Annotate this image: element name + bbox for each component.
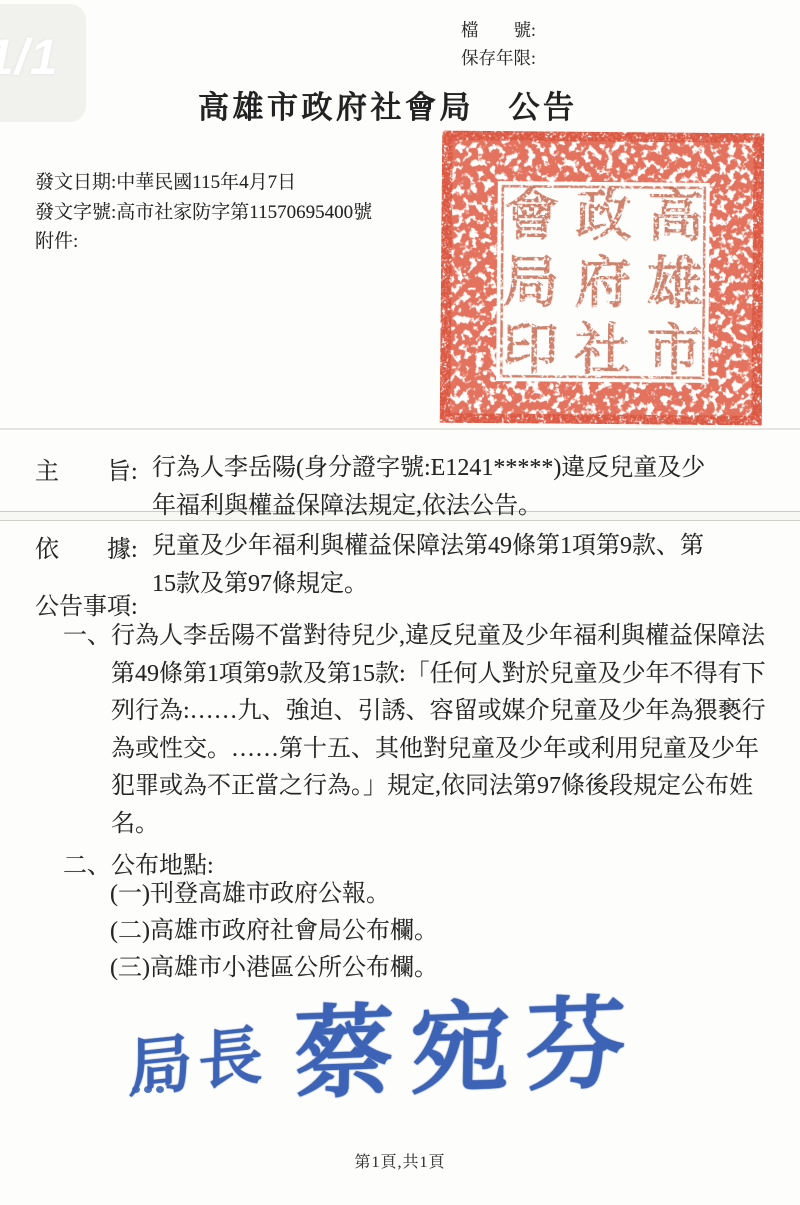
seal-char: 局	[503, 252, 560, 314]
signature-name: 蔡宛芬	[292, 962, 643, 1118]
issue-metadata: 發文日期:中華民國115年4月7日 發文字號:高市社家防字第1157069540…	[35, 168, 372, 257]
doc-number-line: 發文字號:高市社家防字第11570695400號	[35, 198, 372, 228]
announcement-item-1: 一、行為人李岳陽不當對待兒少,違反兒童及少年福利與權益保障法第49條第1項第9款…	[63, 618, 769, 843]
document-title: 高雄市政府社會局 公告	[198, 82, 578, 127]
location-item-1: (一)刊登高雄市政府公報。	[110, 876, 438, 913]
item-1-number: 一、	[63, 623, 111, 649]
subject-text: 行為人李岳陽(身分證字號:E1241*****)違反兒童及少年福利與權益保障法規…	[152, 449, 717, 525]
seal-char: 政	[575, 186, 632, 248]
signature-ink-dots	[132, 1086, 164, 1093]
announcement-items-header: 公告事項:	[35, 586, 138, 621]
archive-header: 檔 號: 保存年限:	[461, 16, 536, 72]
seal-char: 市	[646, 320, 703, 382]
signature-title: 局長	[128, 1004, 269, 1110]
basis-label: 依 據:	[35, 529, 138, 564]
issue-date-line: 發文日期:中華民國115年4月7日	[35, 168, 372, 198]
seal-char: 印	[502, 319, 559, 381]
scan-artifact-line	[0, 428, 800, 430]
page-indicator-watermark: 1/1	[0, 4, 86, 122]
announcement-item-2: 二、公布地點:	[63, 845, 214, 880]
retention-period-label: 保存年限:	[461, 44, 536, 72]
basis-text: 兒童及少年福利與權益保障法第49條第1項第9款、第15款及第97條規定。	[152, 527, 717, 603]
item-1-text: 行為人李岳陽不當對待兒少,違反兒童及少年福利與權益保障法第49條第1項第9款及第…	[111, 623, 766, 837]
attachment-label: 附件:	[35, 227, 372, 257]
item-2-number: 二、	[63, 853, 111, 879]
seal-char: 府	[575, 253, 632, 315]
seal-char: 高	[647, 186, 704, 248]
location-item-2: (二)高雄市政府社會局公布欄。	[110, 913, 438, 950]
seal-script-characters: 高 雄 市 政 府 社 會 局 印	[502, 185, 704, 383]
page-indicator-text: 1/1	[0, 28, 59, 86]
director-signature-stamp: 局長 蔡宛芬	[127, 970, 709, 1112]
file-number-label: 檔 號:	[461, 16, 536, 44]
seal-char: 社	[574, 320, 631, 382]
announcement-document: 1/1 檔 號: 保存年限: 高雄市政府社會局 公告 發文日期:中華民國115年…	[0, 0, 800, 1205]
subject-label: 主 旨:	[35, 451, 138, 486]
seal-char: 會	[503, 185, 560, 247]
seal-char: 雄	[647, 253, 704, 315]
official-seal-stamp: 高 雄 市 政 府 社 會 局 印	[440, 131, 765, 426]
page-footer: 第1頁,共1頁	[0, 1149, 800, 1172]
